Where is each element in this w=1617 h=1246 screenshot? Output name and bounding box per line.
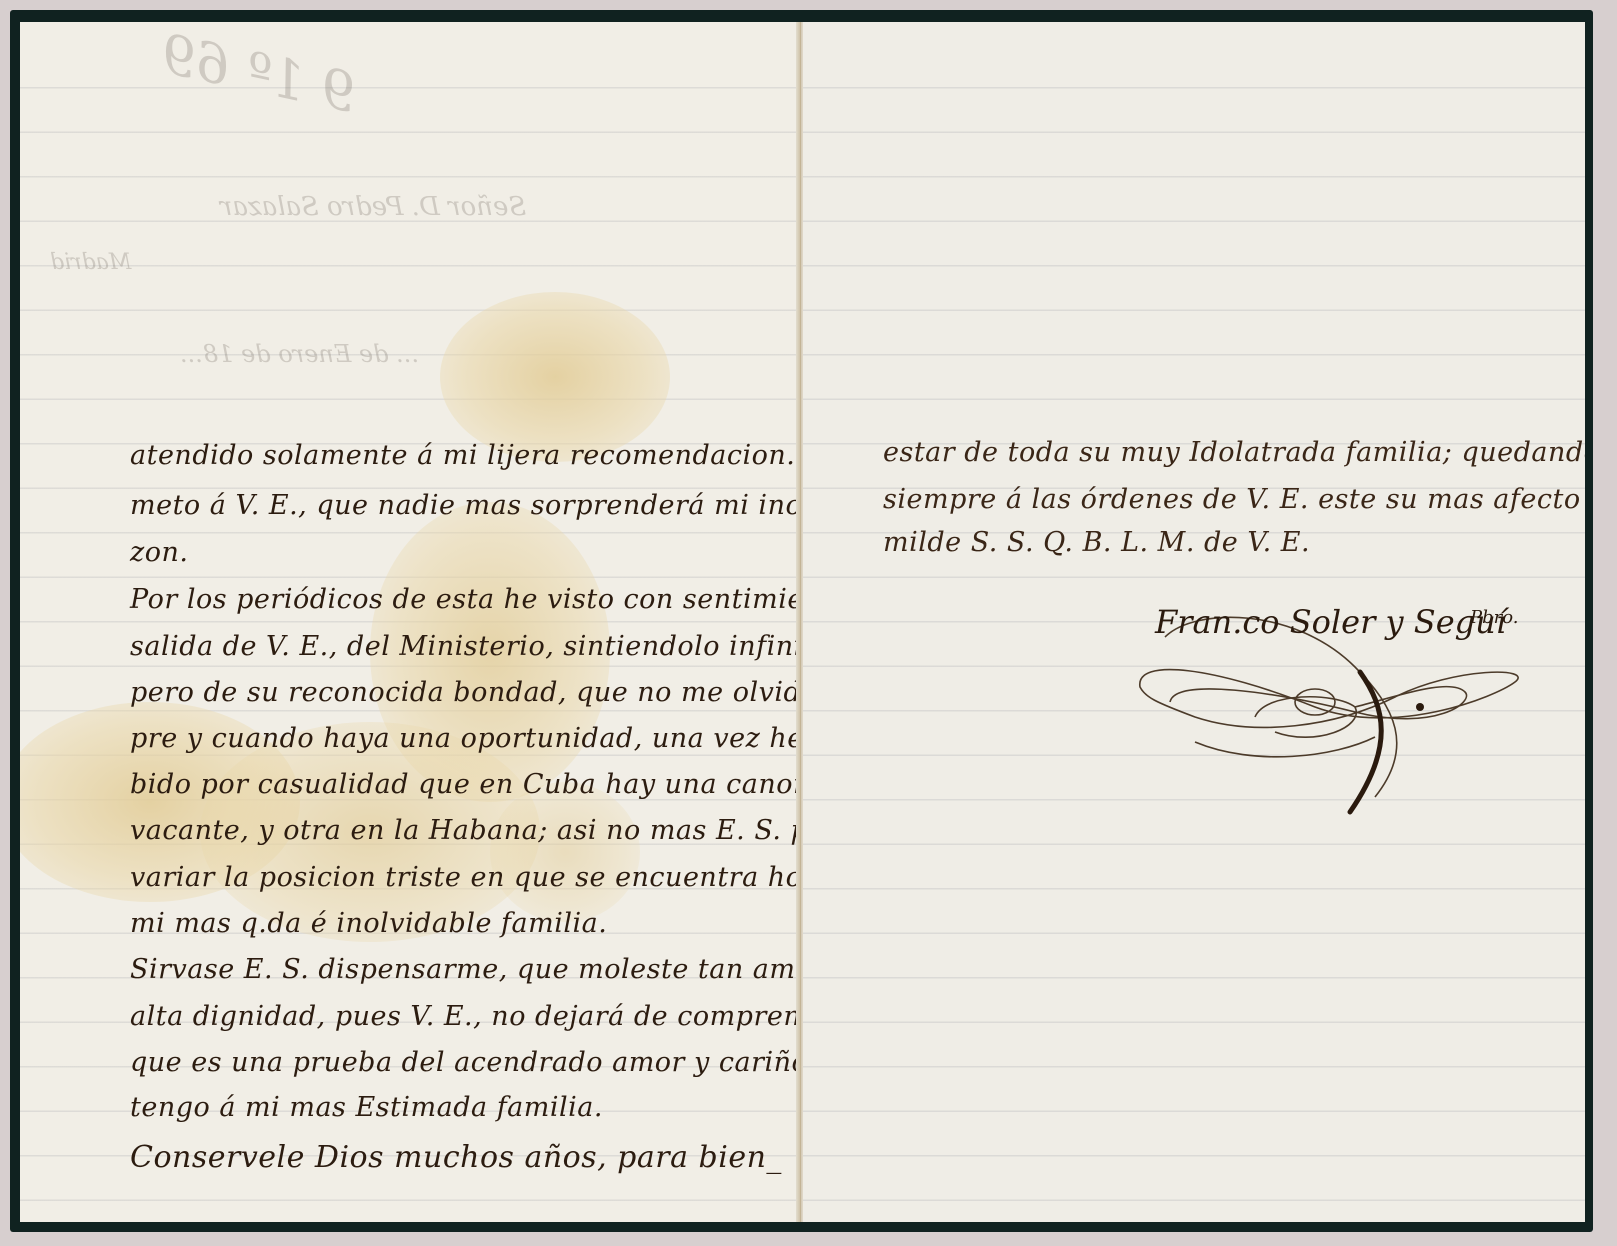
- letter-line: tengo á mi mas Estimada familia.: [130, 1092, 603, 1123]
- signature-name: Fran.co Soler y Seguí: [1155, 603, 1506, 641]
- water-stain: [440, 292, 670, 462]
- bleed-through-place: Madrid: [50, 250, 131, 275]
- letter-line: atendido solamente á mi lijera recomenda…: [130, 440, 800, 471]
- letter-line: milde S. S. Q. B. L. M. de V. E.: [883, 527, 1310, 558]
- letter-line: mi mas q.da é inolvidable familia.: [130, 908, 607, 939]
- water-stain: [490, 782, 640, 922]
- letter-line: Conservele Dios muchos años, para bien_: [130, 1140, 782, 1175]
- letter-line: vacante, y otra en la Habana; asi no mas…: [130, 815, 800, 846]
- letter-line: estar de toda su muy Idolatrada familia;…: [883, 437, 1585, 468]
- signature: Fran.co Soler y Seguí Pbro.: [1135, 597, 1535, 827]
- letter-line: que es una prueba del acendrado amor y c…: [130, 1047, 800, 1078]
- letter-line: variar la posicion triste en que se encu…: [130, 862, 800, 893]
- letter-line: zon.: [130, 537, 188, 568]
- letter-line: alta dignidad, pues V. E., no dejará de …: [130, 1001, 800, 1032]
- letter-spread: 9 1º 69 Señor D. Pedro Salazar Madrid ..…: [20, 22, 1585, 1222]
- letter-line: meto á V. E., que nadie mas sorprenderá …: [130, 490, 800, 521]
- letter-line: Por los periódicos de esta he visto con …: [130, 584, 800, 615]
- letter-line: siempre á las órdenes de V. E. este su m…: [883, 484, 1585, 515]
- letter-line: pero de su reconocida bondad, que no me …: [130, 677, 800, 708]
- bleed-through-heading: Señor D. Pedro Salazar: [220, 192, 526, 222]
- bleed-through-date: ... de Enero de 18...: [180, 340, 419, 368]
- letter-line: bido por casualidad que en Cuba hay una …: [130, 769, 800, 800]
- letter-line: Sirvase E. S. dispensarme, que moleste t…: [130, 954, 800, 985]
- letter-line: salida de V. E., del Ministerio, sintien…: [130, 631, 800, 662]
- signature-title: Pbro.: [1470, 607, 1518, 628]
- letter-line: pre y cuando haya una oportunidad, una v…: [130, 723, 800, 754]
- bleed-through-mark: 9 1º 69: [156, 22, 362, 125]
- left-page: 9 1º 69 Señor D. Pedro Salazar Madrid ..…: [20, 22, 800, 1222]
